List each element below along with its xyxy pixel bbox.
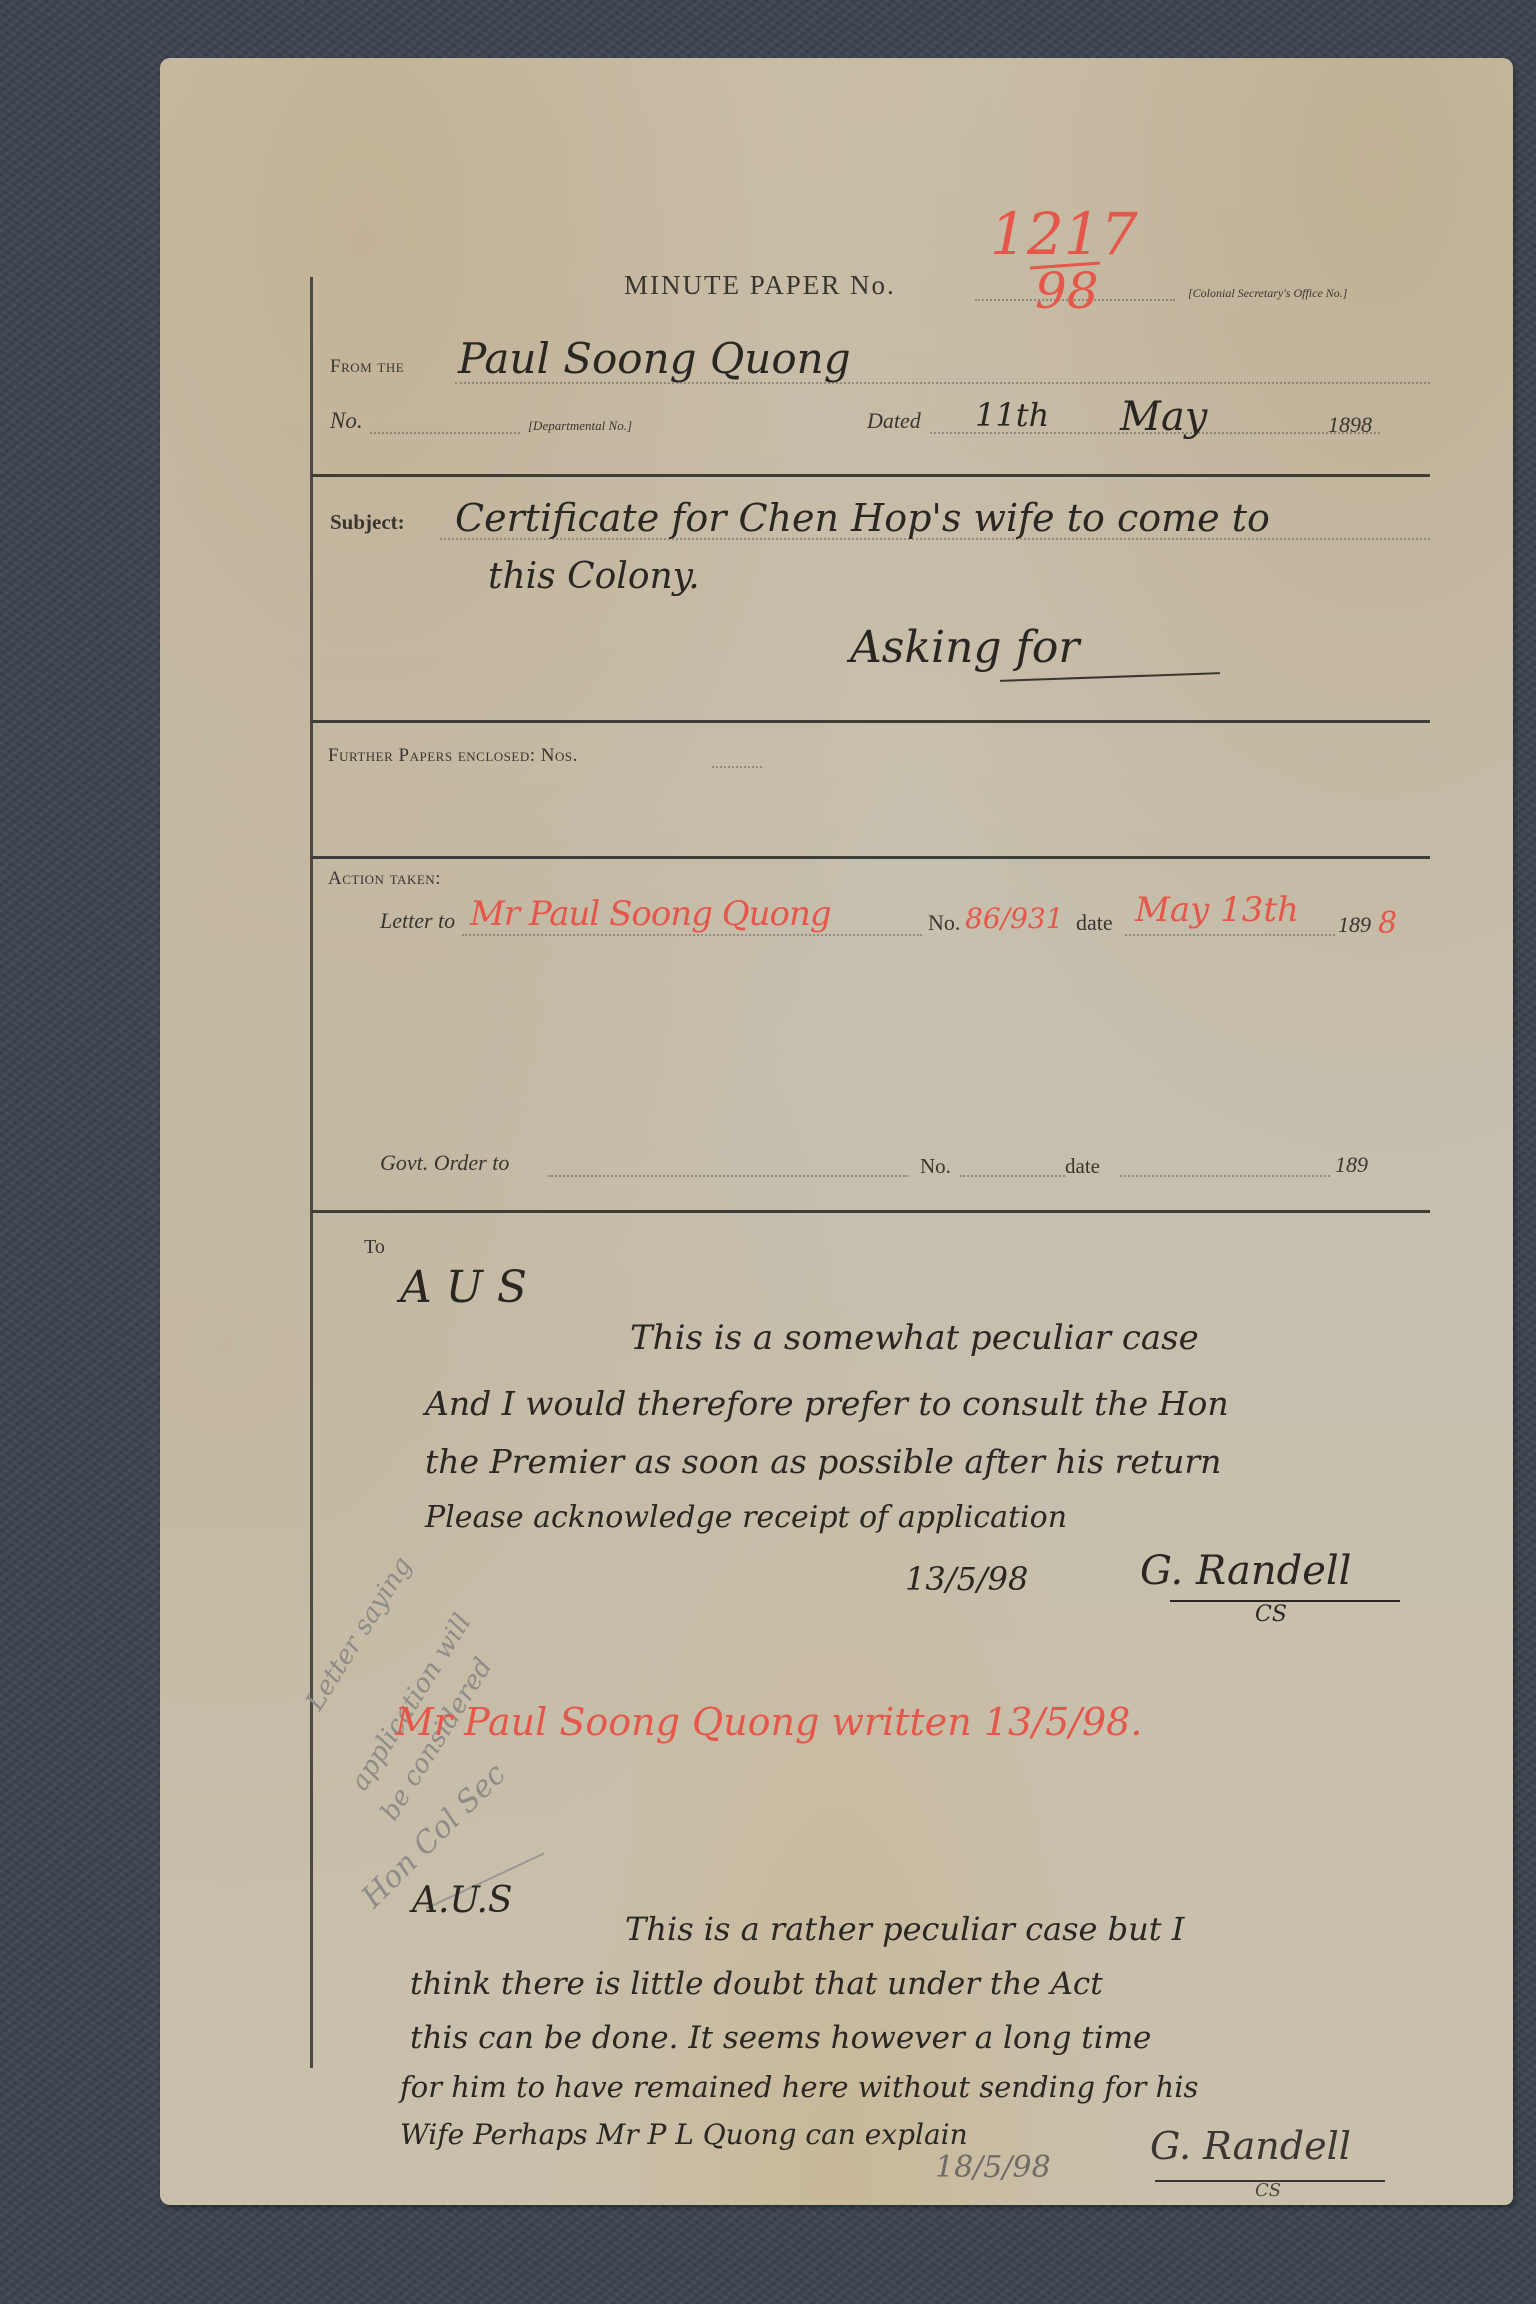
dated-year: 1898 bbox=[1328, 412, 1372, 438]
minute2-initials: CS bbox=[1255, 2180, 1281, 2201]
minute2-line: This is a rather peculiar case but I bbox=[625, 1910, 1184, 1948]
dated-label: Dated bbox=[867, 408, 921, 434]
letter-year-hand: 8 bbox=[1378, 906, 1397, 941]
govt-no-label: No. bbox=[920, 1154, 951, 1179]
subject-line-1: Certificate for Chen Hop's wife to come … bbox=[455, 496, 1270, 540]
govt-order-dots bbox=[548, 1175, 908, 1177]
letter-year-printed: 189 bbox=[1338, 912, 1371, 938]
departmental-note: [Departmental No.] bbox=[528, 418, 632, 434]
minute2-line: for him to have remained here without se… bbox=[400, 2070, 1198, 2104]
minute2-line: Wife Perhaps Mr P L Quong can explain bbox=[400, 2118, 968, 2151]
minute2-signature: G. Randell bbox=[1150, 2124, 1351, 2168]
govt-year: 189 bbox=[1335, 1152, 1368, 1178]
minute1-line: the Premier as soon as possible after hi… bbox=[425, 1442, 1221, 1481]
further-papers-label: Further Papers enclosed: Nos. bbox=[328, 745, 578, 767]
office-note: [Colonial Secretary's Office No.] bbox=[1188, 286, 1347, 301]
red-note: Mr Paul Soong Quong written 13/5/98. bbox=[395, 1700, 1142, 1744]
govt-order-label: Govt. Order to bbox=[380, 1150, 509, 1176]
letter-date-label: date bbox=[1076, 910, 1113, 936]
document-title: MINUTE PAPER No. bbox=[624, 270, 896, 301]
minute2-addressee: A.U.S bbox=[412, 1880, 513, 1921]
govt-no-dots bbox=[960, 1175, 1065, 1177]
minute2-date: 18/5/98 bbox=[935, 2150, 1051, 2185]
govt-date-label: date bbox=[1065, 1154, 1100, 1179]
minute1-addressee: A U S bbox=[400, 1262, 527, 1313]
minute1-initials: CS bbox=[1255, 1602, 1287, 1627]
minute1-signature: G. Randell bbox=[1140, 1548, 1351, 1594]
no-label: No. bbox=[330, 408, 363, 434]
minute2-line: think there is little doubt that under t… bbox=[410, 1966, 1103, 2002]
minute1-line: And I would therefore prefer to consult … bbox=[425, 1384, 1229, 1423]
no-dots bbox=[370, 432, 520, 434]
subject-label: Subject: bbox=[330, 510, 405, 535]
subject-line-2: this Colony. bbox=[488, 556, 700, 597]
minute-number: 1217 bbox=[990, 200, 1138, 268]
govt-date-dots bbox=[1120, 1175, 1330, 1177]
letter-to-value: Mr Paul Soong Quong bbox=[470, 894, 831, 934]
letter-to-dots bbox=[462, 934, 922, 936]
rule-header bbox=[311, 474, 1430, 477]
rule-action bbox=[311, 1210, 1430, 1213]
further-papers-dots bbox=[712, 766, 762, 768]
letter-date-value: May 13th bbox=[1135, 890, 1299, 930]
letter-date-dots bbox=[1125, 934, 1335, 936]
from-value: Paul Soong Quong bbox=[458, 334, 851, 383]
subject-note: Asking for bbox=[850, 622, 1079, 673]
letter-to-label: Letter to bbox=[380, 908, 455, 934]
action-taken-label: Action taken: bbox=[328, 868, 441, 890]
minute-year: 98 bbox=[1035, 262, 1099, 320]
to-label: To bbox=[364, 1236, 385, 1259]
dated-day: 11th bbox=[975, 396, 1049, 434]
minute1-date: 13/5/98 bbox=[905, 1560, 1028, 1598]
from-label: From the bbox=[330, 356, 404, 378]
minute1-line: This is a somewhat peculiar case bbox=[630, 1318, 1199, 1358]
letter-no-label: No. bbox=[928, 910, 960, 936]
rule-subject bbox=[311, 720, 1430, 723]
minute2-line: this can be done. It seems however a lon… bbox=[410, 2020, 1151, 2056]
rule-further-papers bbox=[311, 856, 1430, 859]
letter-no-value: 86/931 bbox=[965, 902, 1064, 935]
dated-month: May bbox=[1120, 394, 1207, 440]
minute1-line: Please acknowledge receipt of applicatio… bbox=[425, 1500, 1067, 1535]
margin-rule bbox=[310, 277, 313, 2068]
